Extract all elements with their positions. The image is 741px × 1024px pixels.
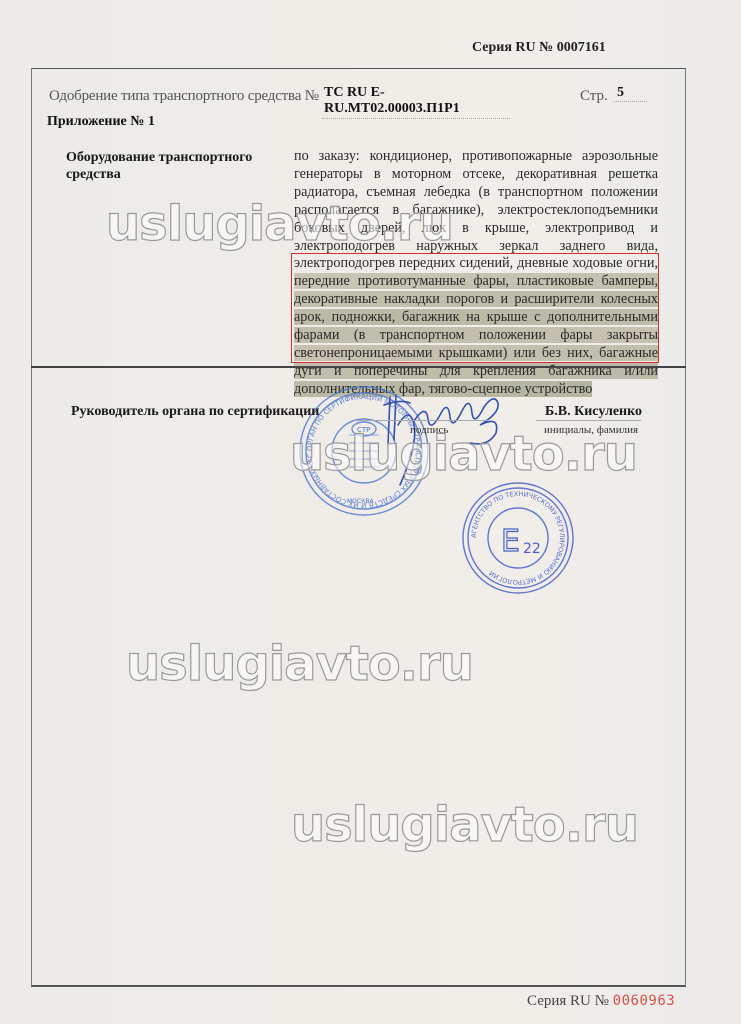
series-number-top: Серия RU № 0007161 — [472, 40, 606, 56]
page-label: Стр. — [580, 88, 608, 105]
appendix-title: Приложение № 1 — [47, 114, 155, 130]
e22-authority-stamp: АГЕНТСТВО ПО ТЕХНИЧЕСКОМУ РЕГУЛИРОВАНИЮ … — [461, 481, 576, 596]
series-bottom-label: Серия RU № — [527, 993, 609, 1009]
approval-label: Одобрение типа транспортного средства № — [49, 88, 319, 105]
watermark: uslugiavto.ru — [126, 636, 473, 692]
head-of-certification-label: Руководитель органа по сертификации — [71, 404, 319, 420]
stamp-e-mark: E — [501, 524, 520, 559]
highlight-box — [291, 253, 659, 363]
watermark: uslugiavto.ru — [290, 426, 637, 482]
signatory-name: Б.В. Кисуленко — [545, 404, 642, 420]
equipment-label: Оборудование транспортного средства — [66, 149, 266, 183]
name-line — [536, 420, 641, 421]
stamp-left-city: МОСКВА — [347, 498, 374, 505]
section-divider — [31, 366, 686, 368]
signature-line — [355, 420, 488, 421]
page-number: 5 — [614, 85, 647, 102]
series-number-bottom: Серия RU № 0060963 — [527, 993, 675, 1010]
watermark: uslugiavto.ru — [106, 196, 453, 252]
stamp-e-number: 22 — [523, 541, 541, 557]
series-bottom-number: 0060963 — [613, 993, 676, 1009]
approval-number: TC RU E-RU.MT02.00003.П1Р1 — [322, 85, 510, 119]
watermark: uslugiavto.ru — [291, 797, 638, 853]
